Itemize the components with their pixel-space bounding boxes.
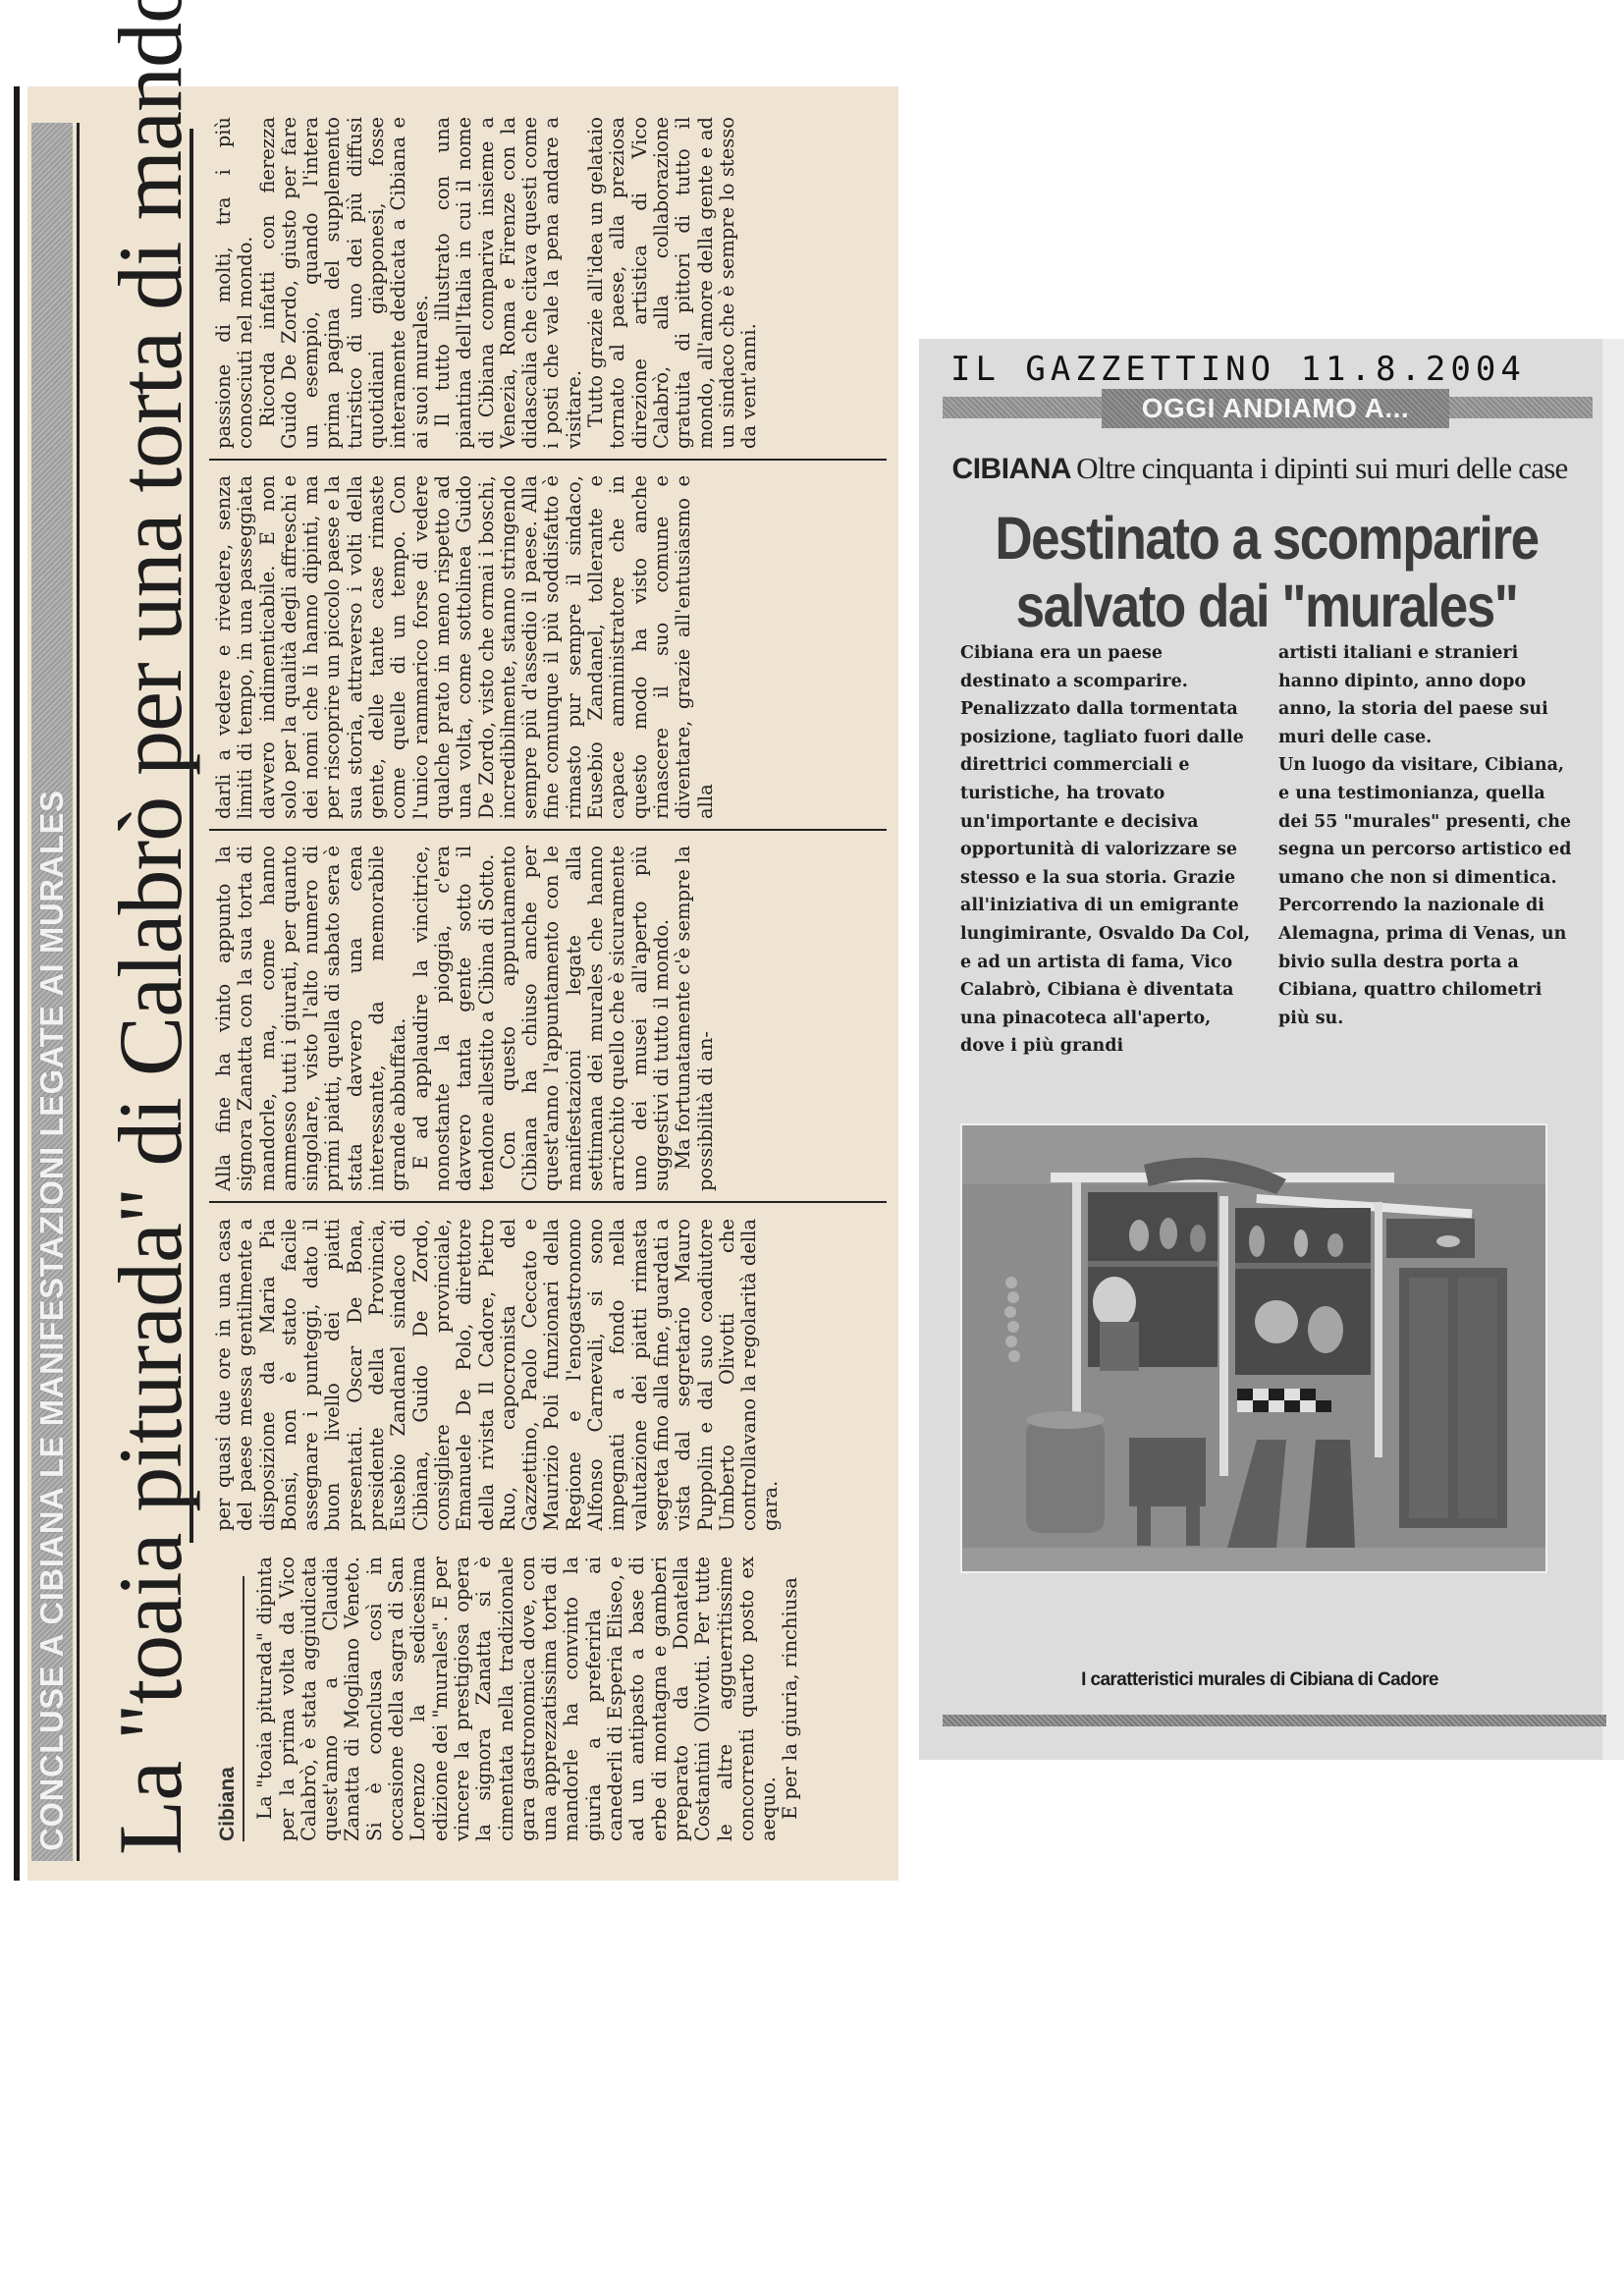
paragraph: Un luogo da visitare, Cibiana, e una tes… [1278, 751, 1573, 1032]
column-separator [209, 829, 887, 831]
paragraph: Ricorda infatti con fierezza Guido De Zo… [257, 117, 432, 449]
column-separator [209, 1201, 887, 1203]
article-title: Destinato a scomparire salvato dai "mura… [943, 506, 1591, 641]
paragraph: Ma fortunatamente c'è sempre la possibil… [673, 846, 717, 1191]
kicker-text: CONCLUSE A CIBIANA LE MANIFESTAZIONI LEG… [33, 790, 71, 1851]
article-summary: CIBIANA Oltre cinquanta i dipinti sui mu… [948, 451, 1571, 486]
kicker-band: CONCLUSE A CIBIANA LE MANIFESTAZIONI LEG… [31, 123, 73, 1861]
title-line-2: salvato dai "murales" [943, 574, 1591, 641]
section-label: OGGI ANDIAMO A... [1102, 389, 1449, 428]
paragraph: E ad applaudire la vincitrice, nonostant… [410, 846, 498, 1191]
left-newspaper-clipping: CONCLUSE A CIBIANA LE MANIFESTAZIONI LEG… [27, 86, 898, 1881]
column-top-rule [189, 129, 193, 1543]
top-rule [14, 86, 20, 1881]
article-column-1: Cibiana La "toaia piturada" dipinta per … [209, 1557, 887, 1841]
body-column-left: Cibiana era un paese destinato a scompar… [960, 639, 1255, 1061]
paragraph: darli a vedere e rivedere, senza limiti … [213, 475, 717, 819]
paragraph: La "toaia piturada" dipinta per la prima… [254, 1557, 780, 1841]
article-column-4: darli a vedere e rivedere, senza limiti … [209, 475, 887, 819]
title-line-1: Destinato a scomparire [943, 506, 1591, 574]
paragraph: per quasi due ore in una casa del paese … [213, 1219, 783, 1531]
handwritten-source-note: IL GAZZETTINO 11.8.2004 [950, 350, 1579, 389]
paragraph: E per la giuria, rinchiusa [780, 1557, 801, 1841]
dateline: Cibiana [209, 1576, 244, 1841]
article-headline: La "toaia piturada" di Calabrò per una t… [96, 127, 204, 1855]
bottom-band [943, 1715, 1606, 1726]
paragraph: passione di molti, tra i più conosciuti … [213, 117, 257, 449]
article-column-5: passione di molti, tra i più conosciuti … [209, 117, 887, 449]
article-column-3: Alla fine ha vinto appunto la signora Za… [209, 846, 887, 1191]
paragraph: Alla fine ha vinto appunto la signora Za… [213, 846, 410, 1191]
mural-photo-image [962, 1125, 1545, 1571]
paragraph: Tutto grazie all'idea un gelataio tornat… [585, 117, 760, 449]
column-separator [209, 459, 887, 461]
paragraph: Cibiana era un paese destinato a scompar… [960, 639, 1255, 1061]
paragraph: Il tutto illustrato con una piantina del… [432, 117, 585, 449]
clipping-edge-strip [1602, 339, 1624, 1760]
paragraph: artisti italiani e stranieri hanno dipin… [1278, 639, 1573, 751]
body-column-right: artisti italiani e stranieri hanno dipin… [1278, 639, 1573, 1032]
article-column-2: per quasi due ore in una casa del paese … [209, 1219, 887, 1531]
article-columns: Cibiana La "toaia piturada" dipinta per … [209, 117, 887, 1855]
summary-text: Oltre cinquanta i dipinti sui muri delle… [1076, 451, 1567, 485]
divider [77, 123, 80, 1861]
summary-place: CIBIANA [952, 453, 1072, 485]
section-label-text: OGGI ANDIAMO A... [1142, 393, 1409, 424]
paragraph: Con questo appuntamento Cibiana ha chius… [498, 846, 673, 1191]
mural-photo [960, 1123, 1547, 1573]
photo-caption: I caratteristici murales di Cibiana di C… [948, 1669, 1571, 1691]
